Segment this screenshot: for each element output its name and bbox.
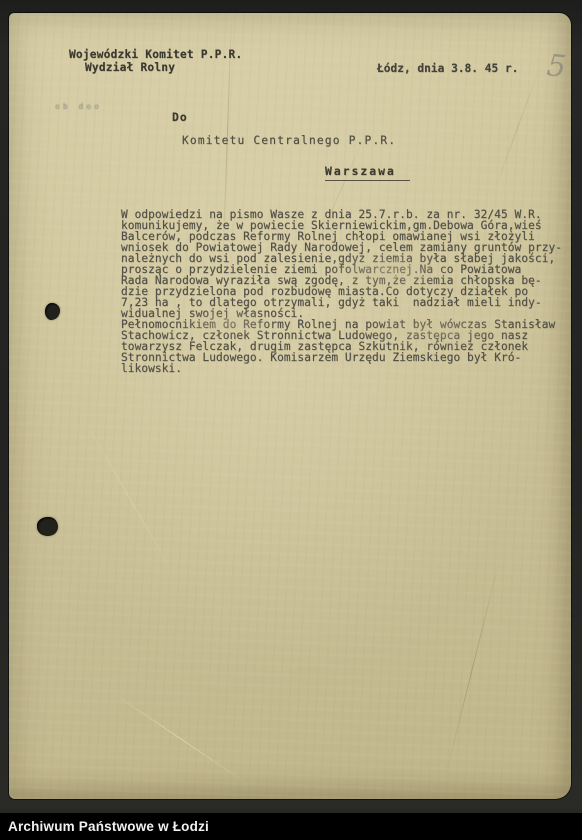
scan-background: Wojewódzki Komitet P.P.R. Wydział Rolny … (0, 0, 582, 840)
illegible-stamp: ob doo (55, 102, 102, 111)
addressee: Komitetu Centralnego P.P.R. (182, 134, 396, 147)
letterhead-department: Wydział Rolny (85, 61, 175, 74)
addressee-city: Warszawa (325, 164, 410, 181)
punch-hole-bottom (37, 517, 58, 536)
punch-hole-top (45, 303, 60, 320)
archive-bar: Archiwum Państwowe w Łodzi (0, 813, 582, 840)
document-page: Wojewódzki Komitet P.P.R. Wydział Rolny … (9, 13, 571, 799)
dateline: Łódz, dnia 3.8. 45 r. (377, 62, 518, 75)
archive-bar-label: Archiwum Państwowe w Łodzi (8, 819, 209, 834)
paper-texture (9, 13, 571, 799)
letterhead-organization: Wojewódzki Komitet P.P.R. (69, 48, 242, 61)
letter-body: W odpowiedzi na pismo Wasze z dnia 25.7.… (121, 209, 562, 374)
pencil-page-number: 5 (545, 48, 568, 85)
salutation: Do (172, 110, 188, 124)
